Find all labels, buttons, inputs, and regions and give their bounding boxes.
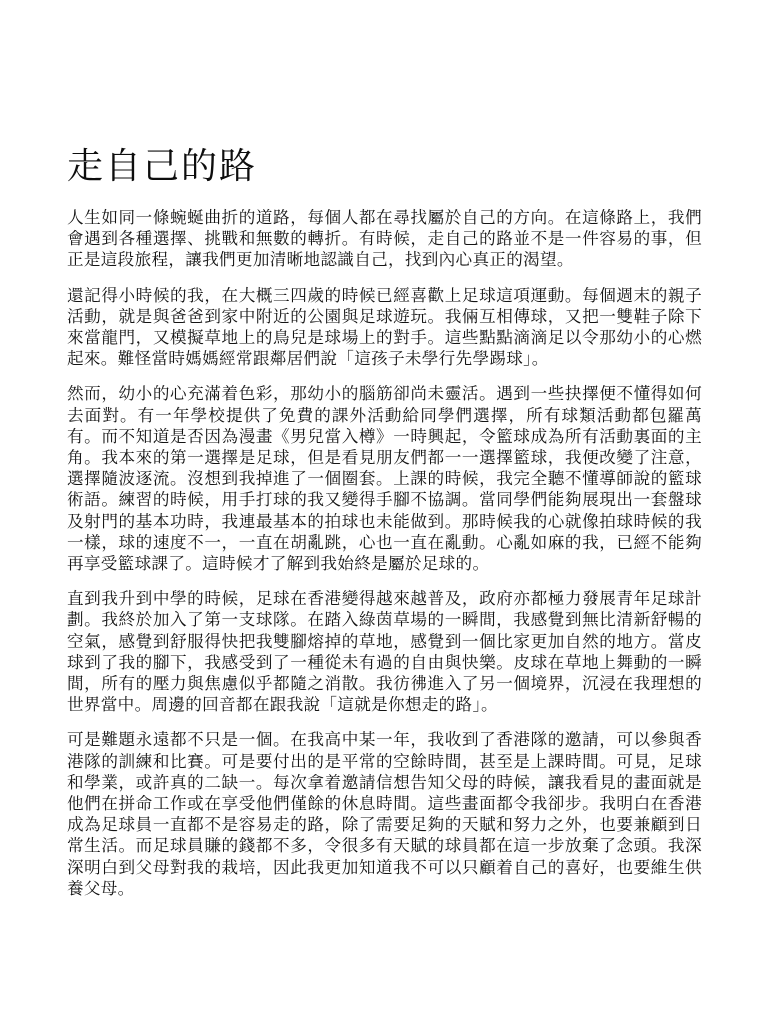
page-title: 走自己的路 [67,143,702,189]
document-page: 走自己的路 人生如同一條蜿蜒曲折的道路，每個人都在尋找屬於自己的方向。在這條路上… [0,0,768,1024]
paragraph-joining-team: 直到我升到中學的時候，足球在香港變得越來越普及，政府亦都極力發展青年足球計劃。我… [67,588,702,715]
paragraph-childhood: 還記得小時候的我，在大概三四歲的時候已經喜歡上足球這項運動。每個週末的親子活動，… [67,285,702,370]
paragraph-dilemma: 可是難題永遠都不只是一個。在我高中某一年，我收到了香港隊的邀請，可以參與香港隊的… [67,729,702,899]
paragraph-intro: 人生如同一條蜿蜒曲折的道路，每個人都在尋找屬於自己的方向。在這條路上，我們會遇到… [67,207,702,271]
paragraph-basketball-detour: 然而，幼小的心充滿着色彩，那幼小的腦筋卻尚未靈活。遇到一些抉擇便不懂得如何去面對… [67,383,702,574]
